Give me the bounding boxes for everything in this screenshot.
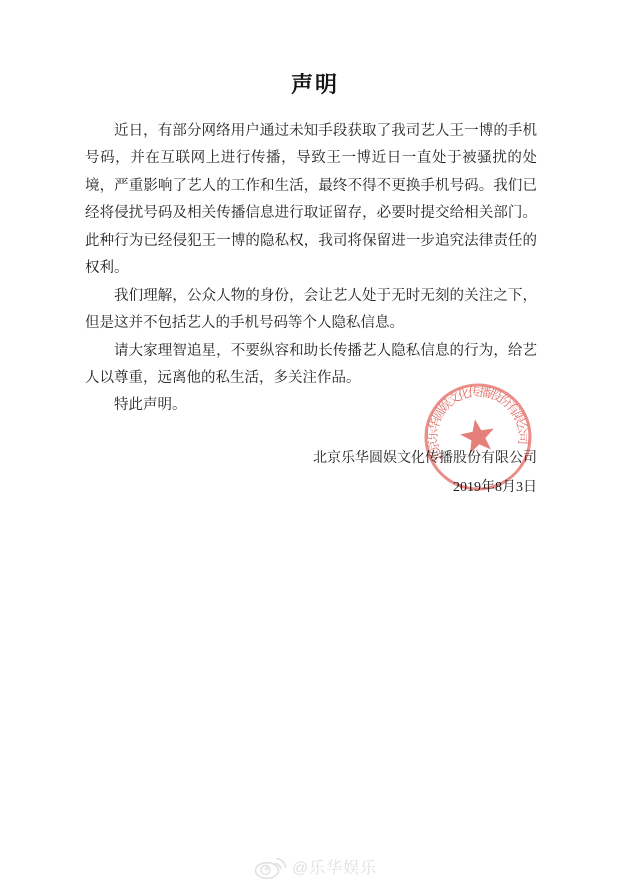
- weibo-icon: [253, 853, 287, 880]
- text-line: 经将侵扰号码及相关传播信息进行取证留存，必要时提交给相关部门。: [85, 200, 537, 227]
- document-body: 近日，有部分网络用户通过未知手段获取了我司艺人王一博的手机号码，并在互联网上进行…: [85, 118, 537, 420]
- text-line: 权利。: [85, 255, 537, 282]
- text-line: 号码，并在互联网上进行传播，导致王一博近日一直处于被骚扰的处: [85, 145, 537, 172]
- statement-date: 2019年8月3日: [85, 474, 537, 501]
- text-line: 特此声明。: [85, 392, 537, 419]
- watermark: @乐华娱乐: [253, 853, 377, 880]
- watermark-handle: @乐华娱乐: [292, 855, 377, 878]
- text-line: 我们理解，公众人物的身份，会让艺人处于无时无刻的关注之下，: [85, 283, 537, 310]
- text-line: 近日，有部分网络用户通过未知手段获取了我司艺人王一博的手机: [85, 118, 537, 145]
- text-line: 人以尊重，远离他的私生活，多关注作品。: [85, 365, 537, 392]
- company-signature: 北京乐华圆娱文化传播股份有限公司: [85, 445, 537, 472]
- text-line: 请大家理智追星，不要纵容和助长传播艺人隐私信息的行为，给艺: [85, 338, 537, 365]
- text-line: 此种行为已经侵犯王一博的隐私权，我司将保留进一步追究法律责任的: [85, 228, 537, 255]
- page-title: 声明: [0, 70, 630, 100]
- statement-page: 声明 近日，有部分网络用户通过未知手段获取了我司艺人王一博的手机号码，并在互联网…: [0, 0, 630, 891]
- text-line: 境，严重影响了艺人的工作和生活，最终不得不更换手机号码。我们已: [85, 173, 537, 200]
- text-line: 但是这并不包括艺人的手机号码等个人隐私信息。: [85, 310, 537, 337]
